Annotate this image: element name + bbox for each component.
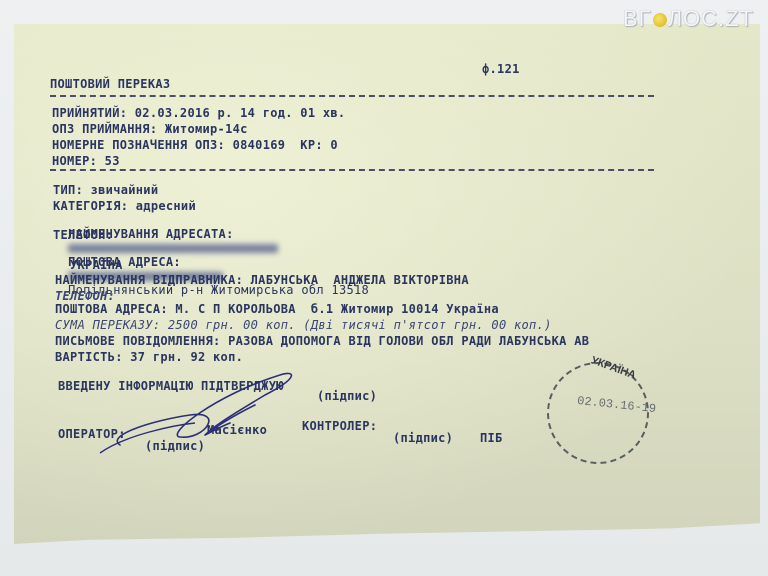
logo-text-left: ВГ (623, 6, 652, 31)
signature-label-confirm: (підпис) (317, 389, 377, 403)
separator-top (50, 95, 654, 97)
ops-accept: ОПЗ ПРИЙМАННЯ: Житомир-14с (52, 122, 248, 136)
form-number: ф.121 (482, 62, 520, 76)
transfer-number: НОМЕР: 53 (52, 154, 120, 168)
signal-icon (653, 13, 667, 27)
recipient-phone: ТЕЛЕФОН: (53, 228, 113, 242)
sender-name: НАЙМЕНУВАННЯ ВІДПРАВНИКА: ЛАБУНСЬКА АНДЖ… (55, 273, 469, 287)
transfer-type: ТИП: звичайний (53, 183, 158, 197)
site-logo: ВГЛОС.ZT (623, 6, 754, 32)
signature-label-controller: (підпис) (393, 431, 453, 445)
recipient-country: УКРАЇНА (70, 258, 123, 272)
ops-code: НОМЕРНЕ ПОЗНАЧЕННЯ ОПЗ: 0840169 КР: 0 (52, 138, 338, 152)
transfer-category: КАТЕГОРІЯ: адресний (53, 199, 196, 213)
separator-middle (50, 169, 654, 171)
transfer-amount: СУМА ПЕРЕКАЗУ: 2500 грн. 00 коп. (Дві ти… (55, 318, 552, 332)
written-message: ПИСЬМОВЕ ПОВІДОМЛЕННЯ: РАЗОВА ДОПОМОГА В… (55, 334, 589, 348)
handwritten-signature (95, 365, 325, 460)
pib-label: ПІБ (480, 431, 503, 445)
transfer-cost: ВАРТІСТЬ: 37 грн. 92 коп. (55, 350, 243, 364)
logo-text-right: ЛОС.ZT (668, 6, 754, 31)
form-title: ПОШТОВИЙ ПЕРЕКАЗ (50, 77, 170, 91)
sender-phone: ТЕЛЕФОН: (55, 289, 115, 303)
accepted-datetime: ПРИЙНЯТИЙ: 02.03.2016 р. 14 год. 01 хв. (52, 106, 345, 120)
sender-address: ПОШТОВА АДРЕСА: М. С П КОРОЛЬОВА б.1 Жит… (55, 302, 499, 316)
